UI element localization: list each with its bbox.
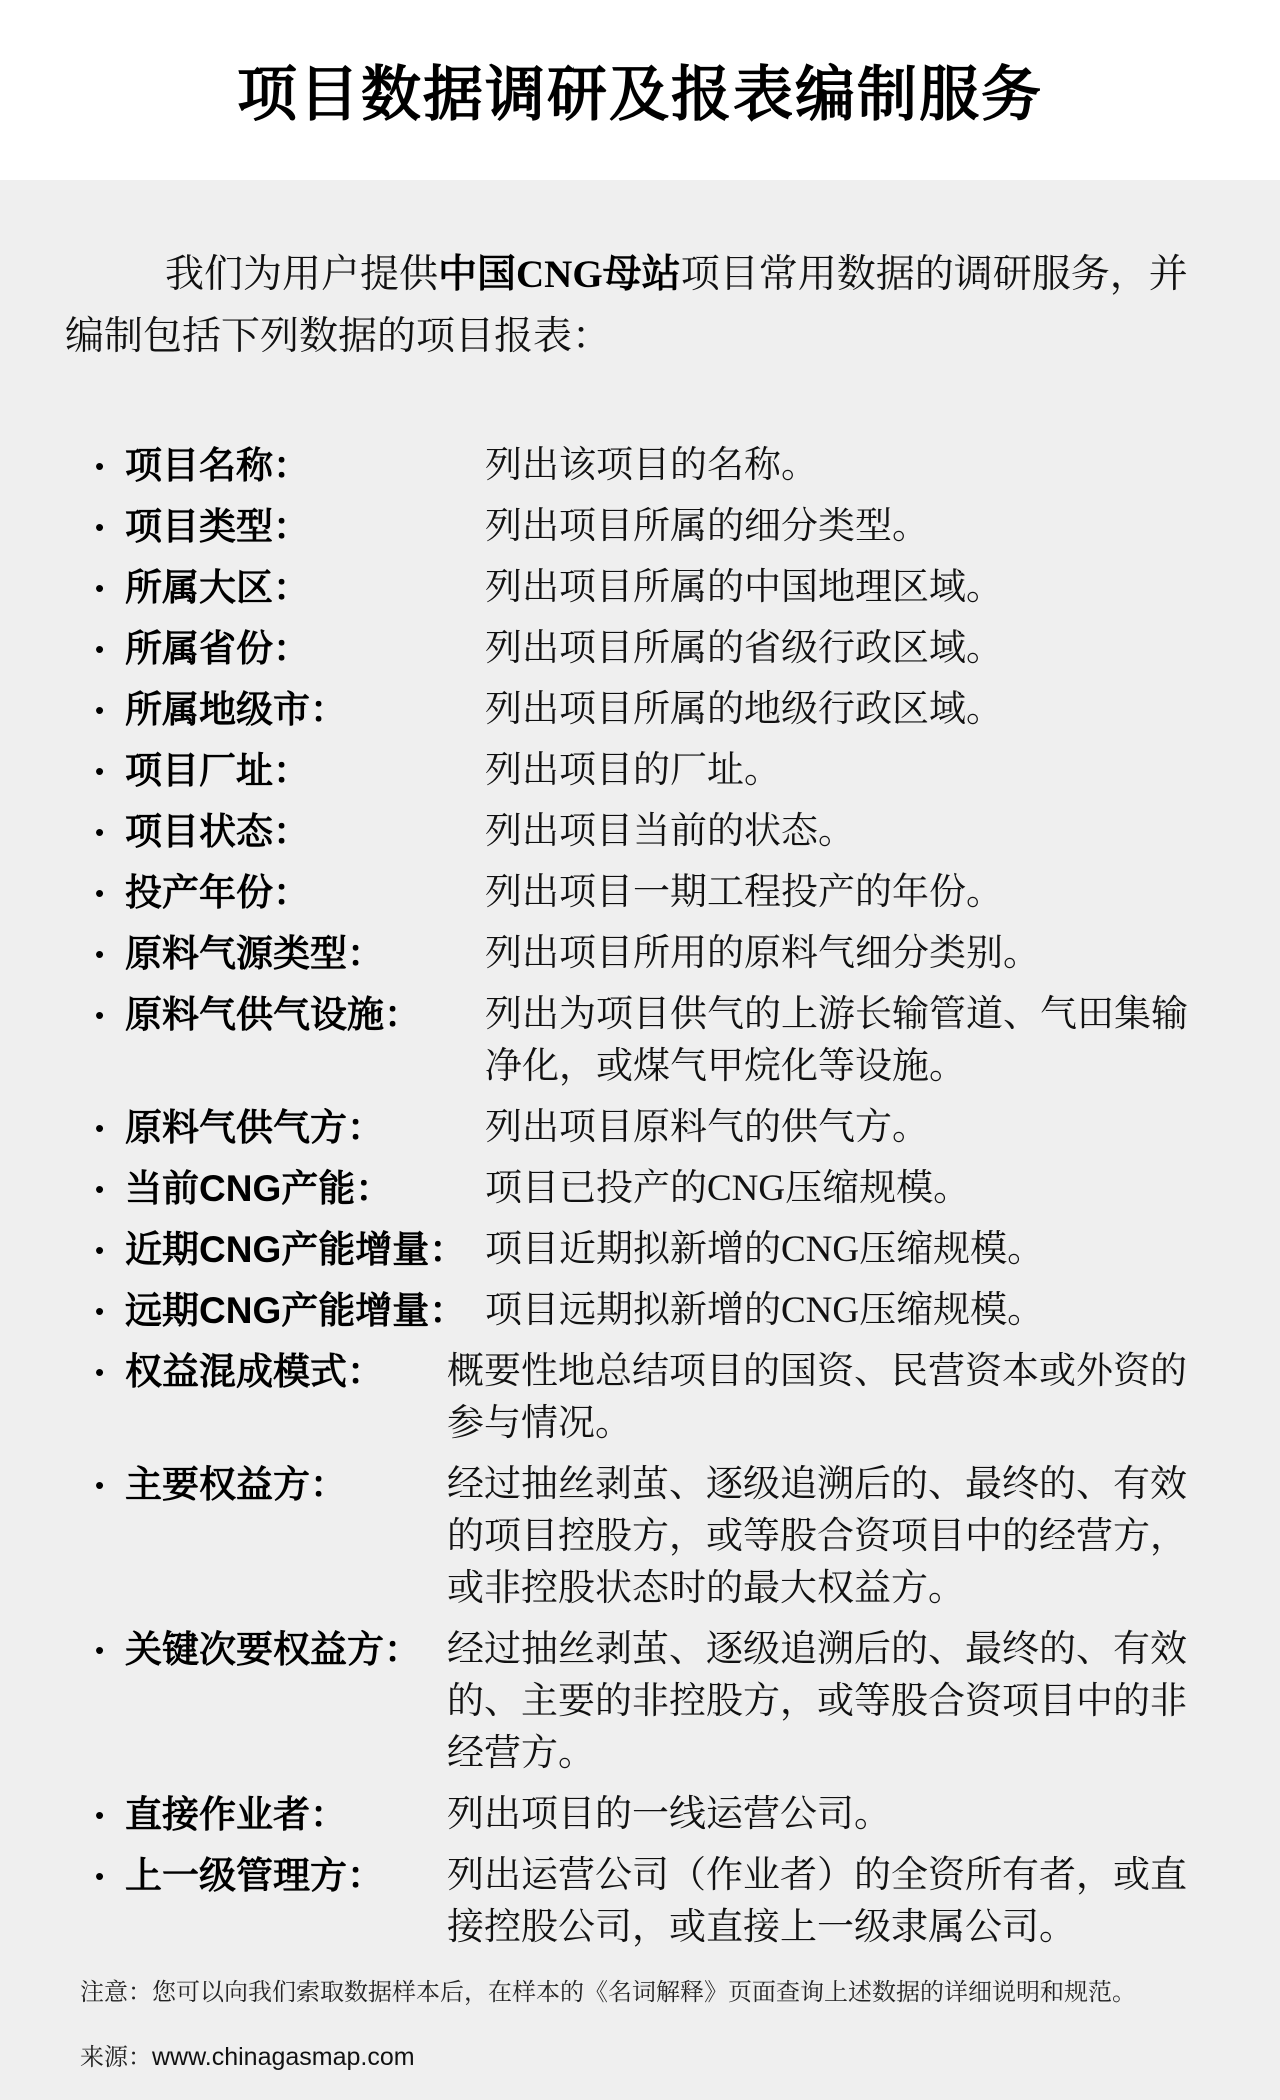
item-label: 原料气供气设施： xyxy=(125,989,485,1041)
list-item: • 项目厂址： 列出项目的厂址。 xyxy=(65,745,1215,797)
bullet-icon: • xyxy=(95,501,125,553)
bullet-icon: • xyxy=(95,1850,125,1902)
item-label: 项目名称： xyxy=(125,440,485,492)
item-label: 当前CNG产能： xyxy=(125,1163,485,1215)
list-item: • 所属大区： 列出项目所属的中国地理区域。 xyxy=(65,562,1215,614)
list-item: • 所属地级市： 列出项目所属的地级行政区域。 xyxy=(65,684,1215,736)
list-item: • 上一级管理方： 列出运营公司（作业者）的全资所有者，或直接控股公司，或直接上… xyxy=(65,1850,1215,1954)
item-label: 所属省份： xyxy=(125,623,485,675)
list-item: • 主要权益方： 经过抽丝剥茧、逐级追溯后的、最终的、有效的项目控股方，或等股合… xyxy=(65,1459,1215,1615)
list-item: • 近期CNG产能增量： 项目近期拟新增的CNG压缩规模。 xyxy=(65,1224,1215,1276)
item-label: 所属大区： xyxy=(125,562,485,614)
bullet-icon: • xyxy=(95,745,125,797)
list-item: • 权益混成模式： 概要性地总结项目的国资、民营资本或外资的参与情况。 xyxy=(65,1346,1215,1450)
source-line: 来源：www.chinagasmap.com xyxy=(65,2040,1215,2075)
bullet-icon: • xyxy=(95,1624,125,1676)
page: 项目数据调研及报表编制服务 我们为用户提供中国CNG母站项目常用数据的调研服务，… xyxy=(0,0,1280,2100)
intro-text-before: 我们为用户提供 xyxy=(165,253,438,296)
item-description: 列出该项目的名称。 xyxy=(485,440,1215,492)
item-description: 列出项目所用的原料气细分类别。 xyxy=(485,928,1215,980)
item-description: 经过抽丝剥茧、逐级追溯后的、最终的、有效的、主要的非控股方，或等股合资项目中的非… xyxy=(447,1624,1215,1780)
item-description: 列出项目所属的地级行政区域。 xyxy=(485,684,1215,736)
bullet-icon: • xyxy=(95,684,125,736)
note-text: 注意：您可以向我们索取数据样本后，在样本的《名词解释》页面查询上述数据的详细说明… xyxy=(65,1976,1215,2010)
item-label: 所属地级市： xyxy=(125,684,485,736)
list-item: • 项目类型： 列出项目所属的细分类型。 xyxy=(65,501,1215,553)
item-description: 列出项目所属的细分类型。 xyxy=(485,501,1215,553)
list-item: • 项目状态： 列出项目当前的状态。 xyxy=(65,806,1215,858)
body: 我们为用户提供中国CNG母站项目常用数据的调研服务，并编制包括下列数据的项目报表… xyxy=(0,244,1280,2075)
item-label: 关键次要权益方： xyxy=(125,1624,447,1676)
bullet-icon: • xyxy=(95,928,125,980)
bullet-icon: • xyxy=(95,562,125,614)
item-label: 远期CNG产能增量： xyxy=(125,1285,485,1337)
list-item: • 原料气供气方： 列出项目原料气的供气方。 xyxy=(65,1102,1215,1154)
item-description: 列出项目的一线运营公司。 xyxy=(447,1789,1215,1841)
item-description: 列出项目所属的省级行政区域。 xyxy=(485,623,1215,675)
intro-paragraph: 我们为用户提供中国CNG母站项目常用数据的调研服务，并编制包括下列数据的项目报表… xyxy=(65,244,1215,368)
list-item: • 投产年份： 列出项目一期工程投产的年份。 xyxy=(65,867,1215,919)
bullet-icon: • xyxy=(95,989,125,1041)
item-label: 直接作业者： xyxy=(125,1789,447,1841)
list-item: • 直接作业者： 列出项目的一线运营公司。 xyxy=(65,1789,1215,1841)
item-description: 列出运营公司（作业者）的全资所有者，或直接控股公司，或直接上一级隶属公司。 xyxy=(447,1850,1215,1954)
list-item: • 当前CNG产能： 项目已投产的CNG压缩规模。 xyxy=(65,1163,1215,1215)
bullet-icon: • xyxy=(95,1285,125,1337)
intro-highlight: 中国CNG母站 xyxy=(438,253,681,296)
item-label: 原料气源类型： xyxy=(125,928,485,980)
item-label: 原料气供气方： xyxy=(125,1102,485,1154)
list-item: • 项目名称： 列出该项目的名称。 xyxy=(65,440,1215,492)
item-description: 经过抽丝剥茧、逐级追溯后的、最终的、有效的项目控股方，或等股合资项目中的经营方，… xyxy=(447,1459,1215,1615)
item-label: 项目类型： xyxy=(125,501,485,553)
source-url: www.chinagasmap.com xyxy=(152,2043,415,2071)
bullet-icon: • xyxy=(95,1163,125,1215)
bullet-icon: • xyxy=(95,1789,125,1841)
item-description: 列出项目所属的中国地理区域。 xyxy=(485,562,1215,614)
item-description: 项目已投产的CNG压缩规模。 xyxy=(485,1163,1215,1215)
page-title: 项目数据调研及报表编制服务 xyxy=(237,47,1043,133)
bullet-icon: • xyxy=(95,1102,125,1154)
header: 项目数据调研及报表编制服务 xyxy=(0,0,1280,180)
data-field-list: • 项目名称： 列出该项目的名称。 • 项目类型： 列出项目所属的细分类型。 •… xyxy=(65,440,1215,1954)
bullet-icon: • xyxy=(95,1224,125,1276)
item-label: 近期CNG产能增量： xyxy=(125,1224,485,1276)
item-description: 列出项目原料气的供气方。 xyxy=(485,1102,1215,1154)
item-label: 投产年份： xyxy=(125,867,485,919)
item-description: 列出为项目供气的上游长输管道、气田集输净化，或煤气甲烷化等设施。 xyxy=(485,989,1215,1093)
bullet-icon: • xyxy=(95,1459,125,1511)
item-description: 项目远期拟新增的CNG压缩规模。 xyxy=(485,1285,1215,1337)
bullet-icon: • xyxy=(95,806,125,858)
item-description: 概要性地总结项目的国资、民营资本或外资的参与情况。 xyxy=(447,1346,1215,1450)
list-item: • 原料气供气设施： 列出为项目供气的上游长输管道、气田集输净化，或煤气甲烷化等… xyxy=(65,989,1215,1093)
item-label: 权益混成模式： xyxy=(125,1346,447,1398)
item-description: 列出项目一期工程投产的年份。 xyxy=(485,867,1215,919)
bullet-icon: • xyxy=(95,440,125,492)
list-item: • 远期CNG产能增量： 项目远期拟新增的CNG压缩规模。 xyxy=(65,1285,1215,1337)
bullet-icon: • xyxy=(95,867,125,919)
item-label: 项目厂址： xyxy=(125,745,485,797)
item-label: 主要权益方： xyxy=(125,1459,447,1511)
list-item: • 关键次要权益方： 经过抽丝剥茧、逐级追溯后的、最终的、有效的、主要的非控股方… xyxy=(65,1624,1215,1780)
item-label: 上一级管理方： xyxy=(125,1850,447,1902)
list-item: • 原料气源类型： 列出项目所用的原料气细分类别。 xyxy=(65,928,1215,980)
bullet-icon: • xyxy=(95,623,125,675)
item-description: 列出项目的厂址。 xyxy=(485,745,1215,797)
item-description: 项目近期拟新增的CNG压缩规模。 xyxy=(485,1224,1215,1276)
item-description: 列出项目当前的状态。 xyxy=(485,806,1215,858)
list-item: • 所属省份： 列出项目所属的省级行政区域。 xyxy=(65,623,1215,675)
source-label: 来源： xyxy=(80,2045,152,2071)
bullet-icon: • xyxy=(95,1346,125,1398)
item-label: 项目状态： xyxy=(125,806,485,858)
